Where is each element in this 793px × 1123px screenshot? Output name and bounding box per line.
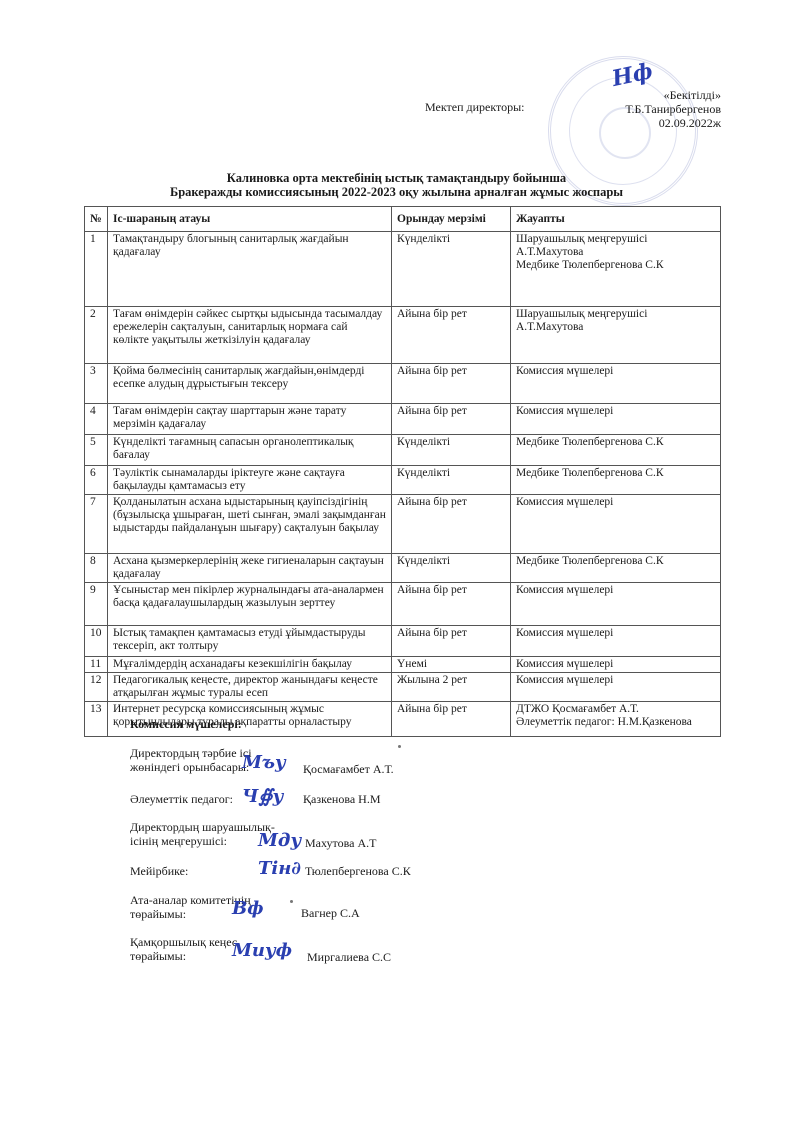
- row-number: 7: [85, 495, 108, 554]
- responsible-person: Комиссия мүшелері: [516, 627, 715, 640]
- responsible-person: Медбике Тюлепбергенова С.К: [516, 467, 715, 480]
- table-row: 2Тағам өнімдерін сәйкес сыртқы ыдысында …: [85, 307, 721, 364]
- row-deadline: Айына бір рет: [392, 495, 511, 554]
- row-number: 12: [85, 673, 108, 702]
- row-activity: Тағам өнімдерін сақтау шарттарын және та…: [108, 404, 392, 435]
- responsible-person: Әлеуметтік педагог: Н.М.Қазкенова: [516, 716, 715, 729]
- member-role: Мейірбике:: [130, 864, 188, 878]
- row-activity: Қойма бөлмесінің санитарлық жағдайын,өні…: [108, 364, 392, 404]
- row-deadline: Күнделікті: [392, 435, 511, 466]
- row-activity: Ыстық тамақпен қамтамасыз етуді ұйымдаст…: [108, 626, 392, 657]
- member-role-line: Қамқоршылық кеңес: [130, 935, 237, 949]
- row-deadline: Айына бір рет: [392, 404, 511, 435]
- member-signature: Тін∂: [258, 858, 301, 879]
- table-row: 6Тәуліктік сынамаларды іріктеуге және са…: [85, 466, 721, 495]
- row-responsible: Комиссия мүшелері: [511, 583, 721, 626]
- member-signature: Вф: [232, 898, 263, 919]
- member-role-line: жөніндегі орынбасары:: [130, 760, 252, 774]
- row-deadline: Күнделікті: [392, 554, 511, 583]
- speck: [290, 900, 293, 903]
- approval-block: «Бекітілді» Т.Б.Танирбергенов 02.09.2022…: [625, 88, 721, 130]
- member-role-line: Әлеуметтік педагог:: [130, 792, 233, 806]
- row-activity: Тамақтандыру блогының санитарлық жағдайы…: [108, 232, 392, 307]
- table-row: 9Ұсыныстар мен пікірлер журналындағы ата…: [85, 583, 721, 626]
- table-row: 12Педагогикалық кеңесте, директор жанынд…: [85, 673, 721, 702]
- row-responsible: Шаруашылық меңгерушісіА.Т.Махутова: [511, 307, 721, 364]
- member-role-line: Мейірбике:: [130, 864, 188, 878]
- member-name: Тюлепбергенова С.К: [305, 864, 411, 879]
- row-activity: Мұғалімдердің асханадағы кезекшілігін ба…: [108, 657, 392, 673]
- table-row: 8Асхана қызмеркерлерінің жеке гигиеналар…: [85, 554, 721, 583]
- row-responsible: Комиссия мүшелері: [511, 657, 721, 673]
- row-number: 3: [85, 364, 108, 404]
- document-title-line2: Бракеражды комиссиясының 2022-2023 оқу ж…: [0, 185, 793, 199]
- row-deadline: Айына бір рет: [392, 364, 511, 404]
- row-number: 9: [85, 583, 108, 626]
- table-row: 7Қолданылатын асхана ыдыстарының қауіпсі…: [85, 495, 721, 554]
- table-row: 3Қойма бөлмесінің санитарлық жағдайын,өн…: [85, 364, 721, 404]
- member-role-line: Директордың шаруашылық-: [130, 820, 275, 834]
- row-number: 10: [85, 626, 108, 657]
- member-role: Қамқоршылық кеңестөрайымы:: [130, 935, 237, 963]
- member-name: Махутова А.Т: [305, 836, 376, 851]
- table-body: 1Тамақтандыру блогының санитарлық жағдай…: [85, 232, 721, 737]
- table-row: 10Ыстық тамақпен қамтамасыз етуді ұйымда…: [85, 626, 721, 657]
- member-name: Қазкенова Н.М: [303, 792, 381, 807]
- row-number: 2: [85, 307, 108, 364]
- speck: [398, 745, 401, 748]
- member-role: Әлеуметтік педагог:: [130, 792, 233, 806]
- responsible-person: Медбике Тюлепбергенова С.К: [516, 259, 715, 272]
- row-activity: Тағам өнімдерін сәйкес сыртқы ыдысында т…: [108, 307, 392, 364]
- row-number: 5: [85, 435, 108, 466]
- approved-mark: «Бекітілді»: [625, 88, 721, 102]
- responsible-person: Комиссия мүшелері: [516, 658, 715, 671]
- table-row: 11Мұғалімдердің асханадағы кезекшілігін …: [85, 657, 721, 673]
- responsible-person: Комиссия мүшелері: [516, 674, 715, 687]
- member-signature: Миуф: [232, 940, 292, 961]
- row-responsible: Комиссия мүшелері: [511, 404, 721, 435]
- row-responsible: Медбике Тюлепбергенова С.К: [511, 466, 721, 495]
- row-deadline: Күнделікті: [392, 232, 511, 307]
- table-row: 1Тамақтандыру блогының санитарлық жағдай…: [85, 232, 721, 307]
- responsible-person: Комиссия мүшелері: [516, 496, 715, 509]
- row-activity: Ұсыныстар мен пікірлер журналындағы ата-…: [108, 583, 392, 626]
- row-responsible: Комиссия мүшелері: [511, 364, 721, 404]
- row-deadline: Айына бір рет: [392, 702, 511, 737]
- table-row: 4Тағам өнімдерін сақтау шарттарын және т…: [85, 404, 721, 435]
- member-role-line: ісінің меңгерушісі:: [130, 834, 275, 848]
- row-responsible: Комиссия мүшелері: [511, 495, 721, 554]
- row-deadline: Айына бір рет: [392, 626, 511, 657]
- member-signature: Ч∯у: [242, 786, 283, 807]
- header-number: №: [85, 207, 108, 232]
- row-responsible: Медбике Тюлепбергенова С.К: [511, 554, 721, 583]
- header-responsible: Жауапты: [511, 207, 721, 232]
- approval-date: 02.09.2022ж: [625, 116, 721, 130]
- row-deadline: Айына бір рет: [392, 307, 511, 364]
- row-deadline: Жылына 2 рет: [392, 673, 511, 702]
- row-number: 1: [85, 232, 108, 307]
- members-title: Комиссия мүшелері:: [130, 717, 242, 732]
- row-number: 4: [85, 404, 108, 435]
- responsible-person: Шаруашылық меңгерушісі: [516, 308, 715, 321]
- row-responsible: Комиссия мүшелері: [511, 673, 721, 702]
- row-deadline: Үнемі: [392, 657, 511, 673]
- member-name: Қосмағамбет А.Т.: [303, 762, 394, 777]
- document-title-line1: Калиновка орта мектебінің ыстық тамақтан…: [0, 171, 793, 185]
- row-number: 11: [85, 657, 108, 673]
- member-role: Директордың шаруашылық-ісінің меңгерушіс…: [130, 820, 275, 848]
- member-role-line: Директордың тәрбие ісі: [130, 746, 252, 760]
- work-plan-table: № Іс-шараның атауы Орындау мерзімі Жауап…: [84, 206, 721, 737]
- member-role: Директордың тәрбие ісіжөніндегі орынбаса…: [130, 746, 252, 774]
- row-responsible: Медбике Тюлепбергенова С.К: [511, 435, 721, 466]
- row-activity: Тәуліктік сынамаларды іріктеуге және сақ…: [108, 466, 392, 495]
- row-deadline: Айына бір рет: [392, 583, 511, 626]
- responsible-person: А.Т.Махутова: [516, 246, 715, 259]
- row-activity: Педагогикалық кеңесте, директор жанындағ…: [108, 673, 392, 702]
- row-activity: Қолданылатын асхана ыдыстарының қауіпсіз…: [108, 495, 392, 554]
- header-activity: Іс-шараның атауы: [108, 207, 392, 232]
- responsible-person: Комиссия мүшелері: [516, 584, 715, 597]
- responsible-person: А.Т.Махутова: [516, 321, 715, 334]
- row-responsible: Шаруашылық меңгерушісіА.Т.МахутоваМедбик…: [511, 232, 721, 307]
- responsible-person: Медбике Тюлепбергенова С.К: [516, 436, 715, 449]
- row-number: 13: [85, 702, 108, 737]
- row-number: 8: [85, 554, 108, 583]
- director-name: Т.Б.Танирбергенов: [625, 102, 721, 116]
- member-signature: Мду: [258, 830, 301, 851]
- approval-label: Мектеп директоры:: [425, 100, 525, 115]
- responsible-person: ДТЖО Қосмағамбет А.Т.: [516, 703, 715, 716]
- header-deadline: Орындау мерзімі: [392, 207, 511, 232]
- row-number: 6: [85, 466, 108, 495]
- table-header-row: № Іс-шараның атауы Орындау мерзімі Жауап…: [85, 207, 721, 232]
- row-responsible: ДТЖО Қосмағамбет А.Т.Әлеуметтік педагог:…: [511, 702, 721, 737]
- row-activity: Күнделікті тағамның сапасын органолептик…: [108, 435, 392, 466]
- member-signature: Мъу: [242, 752, 286, 773]
- table-row: 5Күнделікті тағамның сапасын органолепти…: [85, 435, 721, 466]
- member-role-line: төрайымы:: [130, 949, 237, 963]
- member-name: Вагнер С.А: [301, 906, 360, 921]
- row-deadline: Күнделікті: [392, 466, 511, 495]
- responsible-person: Шаруашылық меңгерушісі: [516, 233, 715, 246]
- responsible-person: Комиссия мүшелері: [516, 405, 715, 418]
- responsible-person: Медбике Тюлепбергенова С.К: [516, 555, 715, 568]
- row-activity: Асхана қызмеркерлерінің жеке гигиеналары…: [108, 554, 392, 583]
- member-name: Миргалиева С.С: [307, 950, 391, 965]
- row-responsible: Комиссия мүшелері: [511, 626, 721, 657]
- responsible-person: Комиссия мүшелері: [516, 365, 715, 378]
